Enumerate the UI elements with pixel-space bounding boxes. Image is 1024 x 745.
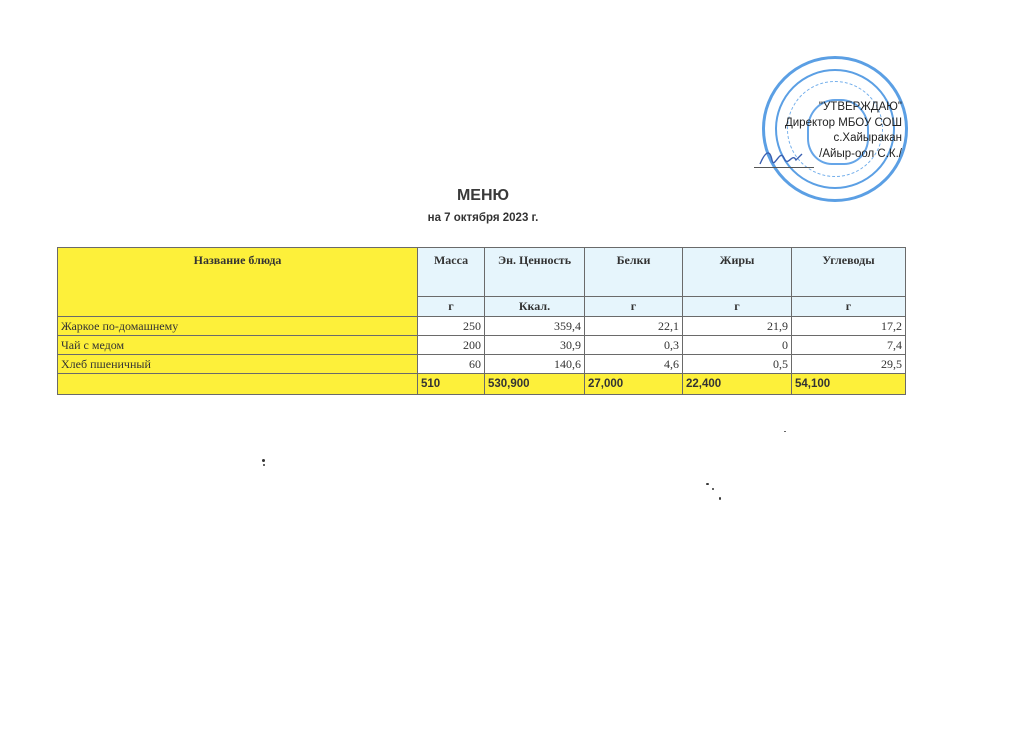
approval-signatory: /Айыр-оол С.К./ xyxy=(785,147,902,163)
approval-location: с.Хайыракан xyxy=(785,131,902,147)
dish-energy: 359,4 xyxy=(485,317,585,336)
dish-fat: 0 xyxy=(683,336,792,355)
total-label xyxy=(58,374,418,395)
dish-carbs: 29,5 xyxy=(792,355,906,374)
dish-mass: 250 xyxy=(418,317,485,336)
total-protein: 27,000 xyxy=(585,374,683,395)
dish-energy: 140,6 xyxy=(485,355,585,374)
table-row: Хлеб пшеничный 60 140,6 4,6 0,5 29,5 xyxy=(58,355,906,374)
dish-carbs: 17,2 xyxy=(792,317,906,336)
unit-protein: г xyxy=(585,297,683,317)
table-row: Чай с медом 200 30,9 0,3 0 7,4 xyxy=(58,336,906,355)
dish-protein: 0,3 xyxy=(585,336,683,355)
dish-name: Хлеб пшеничный xyxy=(58,355,418,374)
total-fat: 22,400 xyxy=(683,374,792,395)
total-carbs: 54,100 xyxy=(792,374,906,395)
approval-block: "УТВЕРЖДАЮ" Директор МБОУ СОШ с.Хайырака… xyxy=(785,100,902,162)
menu-table: Название блюда Масса Эн. Ценность Белки … xyxy=(57,247,906,395)
scan-speck xyxy=(706,483,709,485)
table-header-row: Название блюда Масса Эн. Ценность Белки … xyxy=(58,248,906,297)
scan-speck xyxy=(263,464,265,466)
signature-line xyxy=(754,167,814,168)
scan-speck xyxy=(784,431,786,432)
unit-mass: г xyxy=(418,297,485,317)
approval-position: Директор МБОУ СОШ xyxy=(785,116,902,132)
total-energy: 530,900 xyxy=(485,374,585,395)
dish-protein: 22,1 xyxy=(585,317,683,336)
dish-energy: 30,9 xyxy=(485,336,585,355)
approval-heading: "УТВЕРЖДАЮ" xyxy=(785,100,902,116)
column-header-fat: Жиры xyxy=(683,248,792,297)
dish-name: Чай с медом xyxy=(58,336,418,355)
column-header-mass: Масса xyxy=(418,248,485,297)
column-header-dish: Название блюда xyxy=(58,248,418,317)
dish-protein: 4,6 xyxy=(585,355,683,374)
scan-speck xyxy=(262,459,265,462)
dish-mass: 60 xyxy=(418,355,485,374)
column-header-energy: Эн. Ценность xyxy=(485,248,585,297)
menu-date: на 7 октября 2023 г. xyxy=(0,212,966,224)
scan-speck xyxy=(719,497,721,500)
total-mass: 510 xyxy=(418,374,485,395)
scan-speck xyxy=(712,488,714,490)
unit-carbs: г xyxy=(792,297,906,317)
dish-fat: 21,9 xyxy=(683,317,792,336)
dish-carbs: 7,4 xyxy=(792,336,906,355)
dish-mass: 200 xyxy=(418,336,485,355)
table-row: Жаркое по-домашнему 250 359,4 22,1 21,9 … xyxy=(58,317,906,336)
column-header-carbs: Углеводы xyxy=(792,248,906,297)
dish-name: Жаркое по-домашнему xyxy=(58,317,418,336)
page-title: МЕНЮ xyxy=(0,187,966,205)
unit-fat: г xyxy=(683,297,792,317)
unit-energy: Ккал. xyxy=(485,297,585,317)
dish-fat: 0,5 xyxy=(683,355,792,374)
column-header-protein: Белки xyxy=(585,248,683,297)
totals-row: 510 530,900 27,000 22,400 54,100 xyxy=(58,374,906,395)
